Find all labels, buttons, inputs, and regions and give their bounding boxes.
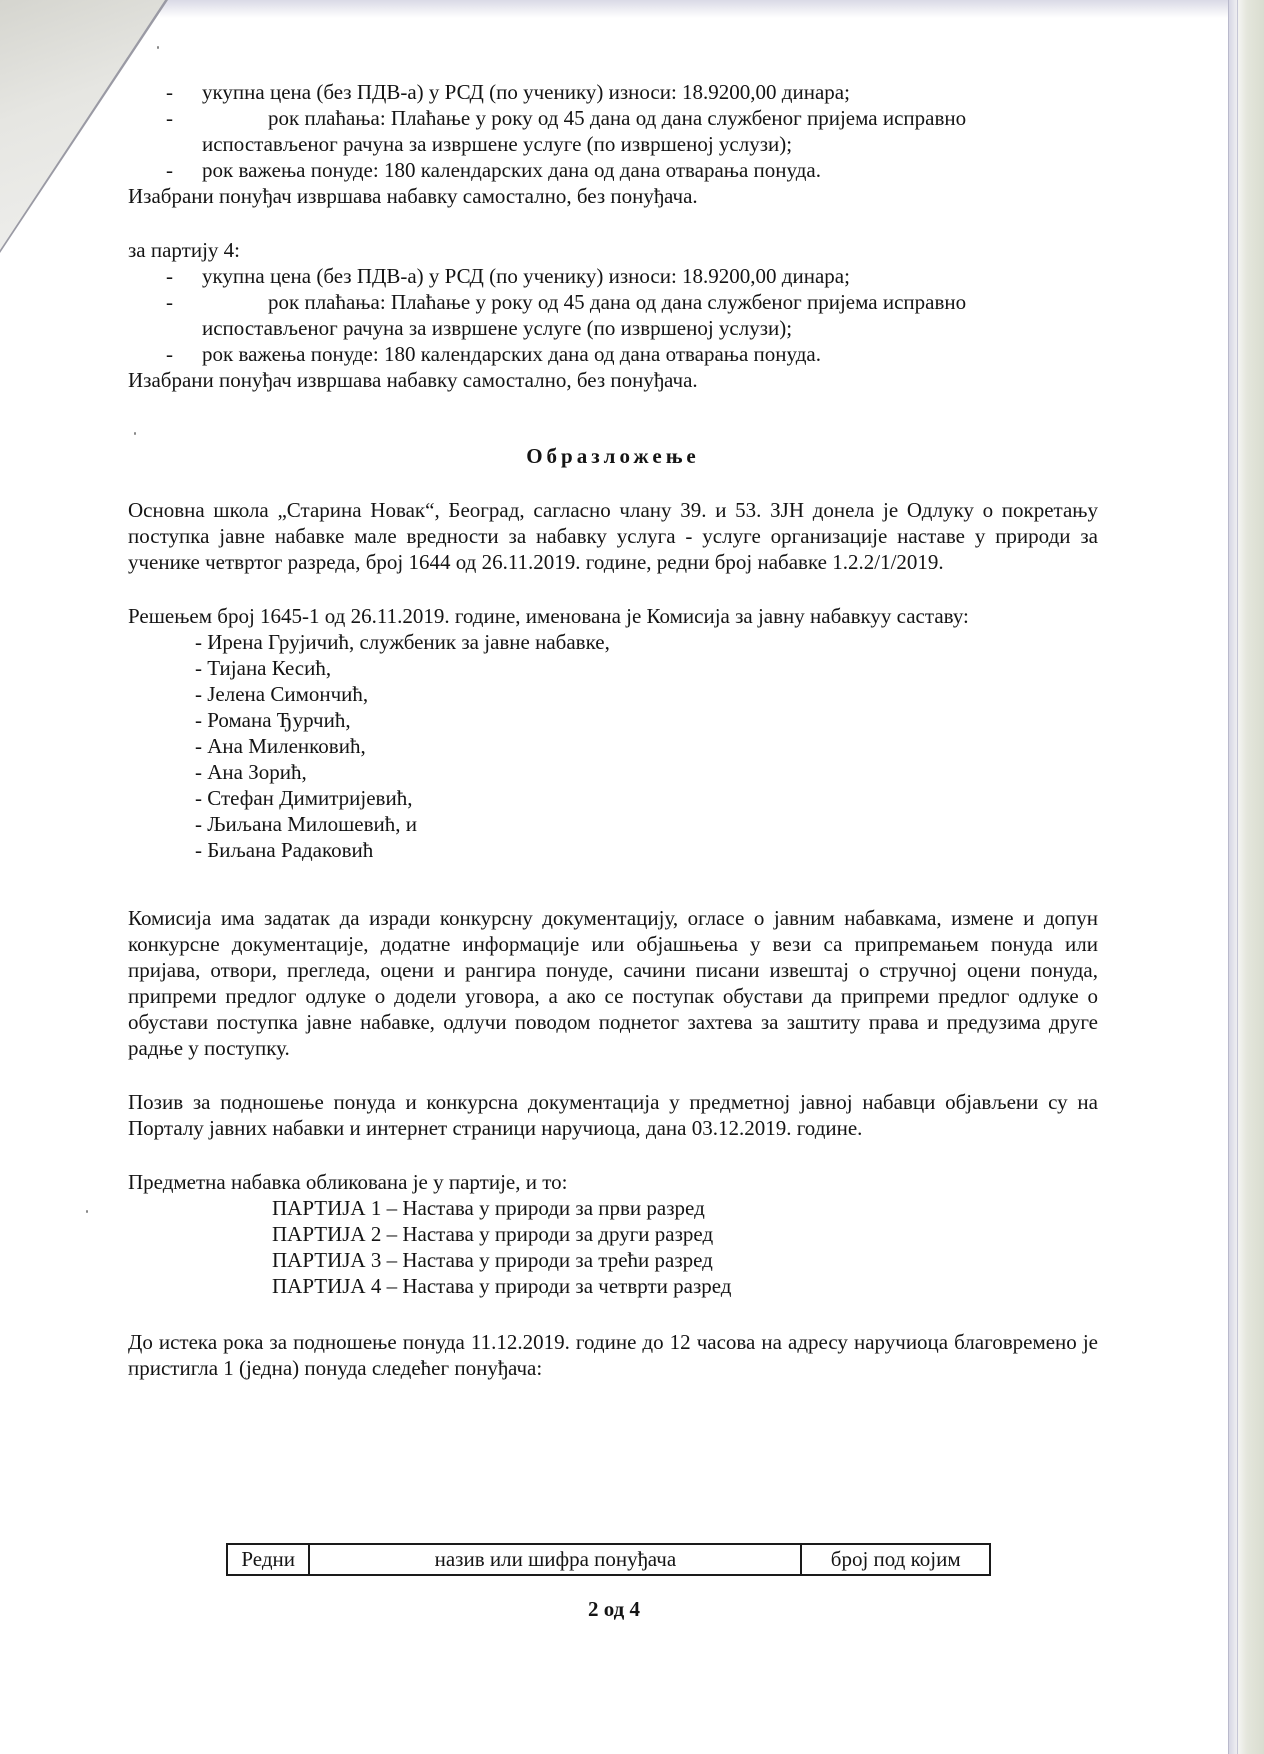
paragraph-commission-task: Комисија има задатак да изради конкурсну… (128, 905, 1098, 1061)
offers-table: Редни назив или шифра понуђача број под … (226, 1543, 991, 1576)
page-stack-edge (1228, 0, 1264, 1754)
bullet-dash: - (166, 263, 173, 289)
paragraph-decision: Основна школа „Старина Новак“, Београд, … (128, 497, 1098, 575)
bullet-payment-continuation: испостављеног рачуна за извршене услуге … (128, 131, 1098, 157)
scan-shadow (160, 0, 1230, 18)
bullet-dash: - (166, 341, 173, 367)
bullet-text: рок важења понуде: 180 календарских дана… (202, 158, 821, 182)
commission-member: - Љиљана Милошевић, и (195, 811, 1098, 837)
commission-member: - Ана Зорић, (195, 759, 1098, 785)
bullet-text: испостављеног рачуна за извршене услуге … (202, 316, 792, 340)
scan-speck (134, 432, 136, 435)
bullet-text: укупна цена (без ПДВ-а) у РСД (по ученик… (202, 264, 850, 288)
lot-item: ПАРТИЈА 1 – Настава у природи за први ра… (272, 1195, 1098, 1221)
commission-member: - Тијана Кесић, (195, 655, 1098, 681)
document-body: - укупна цена (без ПДВ-а) у РСД (по учен… (128, 79, 1098, 1381)
scanned-page: - укупна цена (без ПДВ-а) у РСД (по учен… (0, 0, 1228, 1754)
header-cell-reg-number: број под којим (801, 1544, 990, 1575)
commission-member: - Јелена Симончић, (195, 681, 1098, 707)
commission-member: - Ирена Грујичић, службеник за јавне наб… (195, 629, 1098, 655)
commission-member-list: - Ирена Грујичић, службеник за јавне наб… (128, 629, 1098, 863)
bullet-dash: - (166, 157, 173, 183)
selected-bidder-note: Изабрани понуђач извршава набавку самост… (128, 367, 1098, 393)
header-cell-bidder: назив или шифра понуђача (309, 1544, 801, 1575)
page-number: 2 од 4 (0, 1597, 1228, 1622)
scan-speck (157, 46, 159, 49)
scan-speck (130, 1372, 132, 1375)
paragraph-lots-intro: Предметна набавка обликована је у партиј… (128, 1169, 1098, 1195)
bullet-dash: - (166, 289, 173, 315)
bullet-text: рок важења понуде: 180 календарских дана… (202, 342, 821, 366)
bullet-dash: - (166, 79, 173, 105)
bullet-payment-term: - рок плаћања: Плаћање у року од 45 дана… (128, 105, 1098, 131)
bullet-offer-validity: - рок важења понуде: 180 календарских да… (128, 157, 1098, 183)
section-heading: Образложење (128, 443, 1098, 469)
selected-bidder-note: Изабрани понуђач извршава набавку самост… (128, 183, 1098, 209)
table-header-row: Редни назив или шифра понуђача број под … (227, 1544, 990, 1575)
bullet-text: испостављеног рачуна за извршене услуге … (202, 132, 792, 156)
paragraph-invitation: Позив за подношење понуда и конкурсна до… (128, 1089, 1098, 1141)
commission-member: - Ана Миленковић, (195, 733, 1098, 759)
bullet-text: укупна цена (без ПДВ-а) у РСД (по ученик… (202, 80, 850, 104)
lot-item: ПАРТИЈА 4 – Настава у природи за четврти… (272, 1273, 1098, 1299)
header-cell-number: Редни (227, 1544, 309, 1575)
bullet-text: рок плаћања: Плаћање у року од 45 дана о… (202, 290, 966, 314)
paragraph-commission-intro: Решењем број 1645-1 од 26.11.2019. годин… (128, 603, 1098, 629)
bullet-dash: - (166, 105, 173, 131)
bullet-offer-validity: - рок важења понуде: 180 календарских да… (128, 341, 1098, 367)
lot-item: ПАРТИЈА 3 – Настава у природи за трећи р… (272, 1247, 1098, 1273)
bullet-payment-continuation: испостављеног рачуна за извршене услуге … (128, 315, 1098, 341)
commission-member: - Биљана Радаковић (195, 837, 1098, 863)
bullet-text: рок плаћања: Плаћање у року од 45 дана о… (202, 106, 966, 130)
commission-member: - Романа Ђурчић, (195, 707, 1098, 733)
lots-list: ПАРТИЈА 1 – Настава у природи за први ра… (128, 1195, 1098, 1299)
commission-member: - Стефан Димитријевић, (195, 785, 1098, 811)
lot-4-label: за партију 4: (128, 237, 1098, 263)
lot-item: ПАРТИЈА 2 – Настава у природи за други р… (272, 1221, 1098, 1247)
bullet-payment-term: - рок плаћања: Плаћање у року од 45 дана… (128, 289, 1098, 315)
bullet-total-price: - укупна цена (без ПДВ-а) у РСД (по учен… (128, 79, 1098, 105)
bullet-total-price: - укупна цена (без ПДВ-а) у РСД (по учен… (128, 263, 1098, 289)
paragraph-deadline: До истека рока за подношење понуда 11.12… (128, 1329, 1098, 1381)
scan-speck (86, 1210, 88, 1213)
